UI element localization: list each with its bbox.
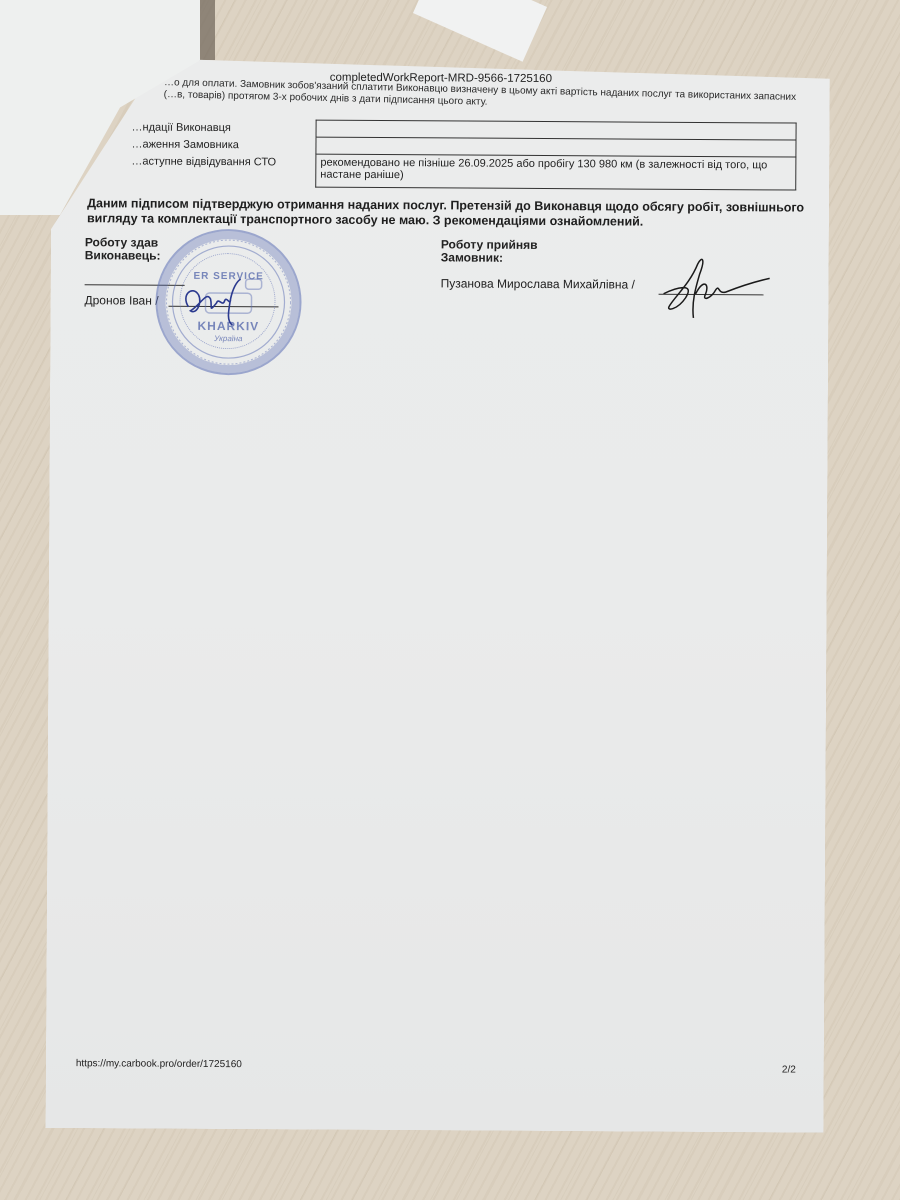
row-label: …ндації Виконавця (82, 119, 317, 137)
page-number: 2/2 (782, 1064, 796, 1075)
recommendations-table: …ндації Виконавця …аження Замовника …аст… (81, 118, 796, 190)
contractor-signature-icon (178, 277, 258, 327)
background-paper-sheet (413, 0, 547, 62)
work-report-page: completedWorkReport-MRD-9566-1725160 …о … (45, 58, 830, 1133)
footer-url: https://my.carbook.pro/order/1725160 (76, 1058, 242, 1070)
row-value: рекомендовано не пізніше 26.09.2025 або … (316, 154, 796, 190)
row-label: …аження Замовника (81, 136, 316, 154)
row-label: …аступне відвідування СТО (81, 153, 316, 187)
table-row: …аступне відвідування СТО рекомендовано … (81, 153, 796, 190)
stamp-country-text: Україна (157, 334, 299, 344)
customer-signature-icon (655, 254, 775, 325)
confirmation-statement: Даним підписом підтверджую отримання над… (87, 196, 807, 230)
